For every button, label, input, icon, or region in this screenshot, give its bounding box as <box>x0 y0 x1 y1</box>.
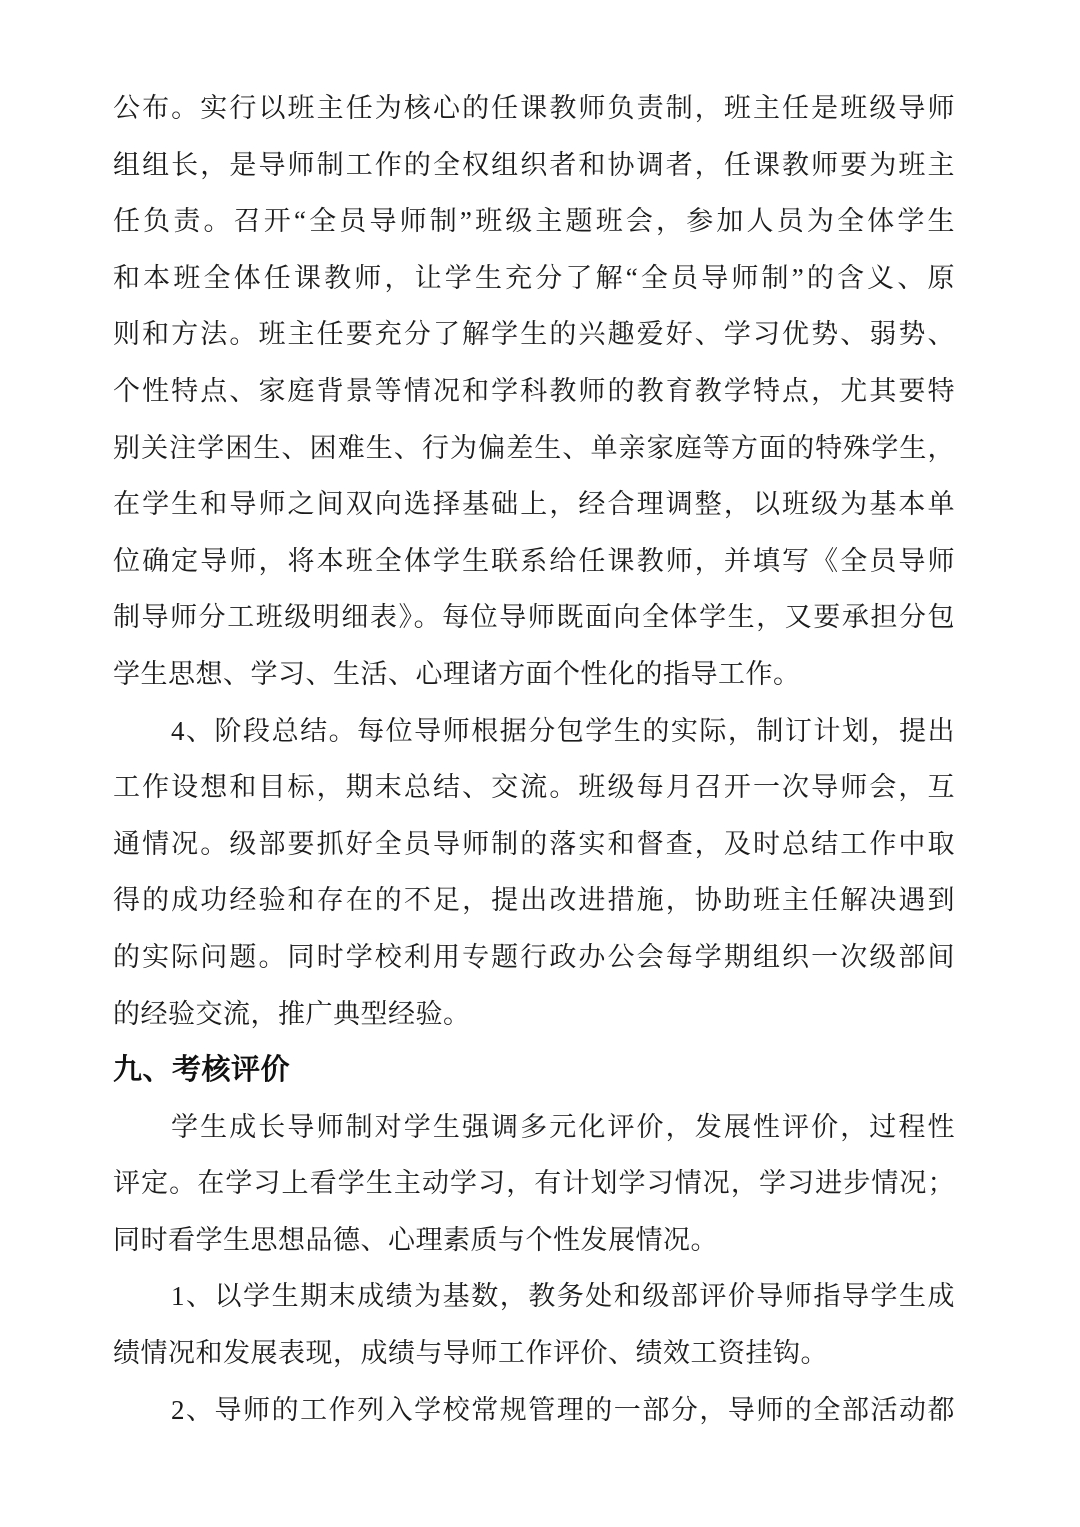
body-line: 得的成功经验和存在的不足，提出改进措施，协助班主任解决遇到 <box>113 872 955 929</box>
body-line: 学生成长导师制对学生强调多元化评价，发展性评价，过程性 <box>113 1099 955 1156</box>
body-line: 在学生和导师之间双向选择基础上，经合理调整，以班级为基本单 <box>113 476 955 533</box>
body-line: 的实际问题。同时学校利用专题行政办公会每学期组织一次级部间 <box>113 929 955 986</box>
body-line: 1、以学生期末成绩为基数，教务处和级部评价导师指导学生成 <box>113 1268 955 1325</box>
document-page: 公布。实行以班主任为核心的任课教师负责制，班主任是班级导师 组组长，是导师制工作… <box>0 0 1080 1527</box>
body-line: 通情况。级部要抓好全员导师制的落实和督查，及时总结工作中取 <box>113 816 955 873</box>
body-line: 和本班全体任课教师，让学生充分了解“全员导师制”的含义、原 <box>113 250 955 307</box>
body-line: 绩情况和发展表现，成绩与导师工作评价、绩效工资挂钩。 <box>113 1325 955 1382</box>
body-line: 工作设想和目标，期末总结、交流。班级每月召开一次导师会，互 <box>113 759 955 816</box>
body-line: 制导师分工班级明细表》。每位导师既面向全体学生，又要承担分包 <box>113 589 955 646</box>
body-line: 位确定导师，将本班全体学生联系给任课教师，并填写《全员导师 <box>113 533 955 590</box>
body-line: 公布。实行以班主任为核心的任课教师负责制，班主任是班级导师 <box>113 80 955 137</box>
body-line: 4、阶段总结。每位导师根据分包学生的实际，制订计划，提出 <box>113 703 955 760</box>
body-line: 组组长，是导师制工作的全权组织者和协调者，任课教师要为班主 <box>113 137 955 194</box>
body-line: 别关注学困生、困难生、行为偏差生、单亲家庭等方面的特殊学生， <box>113 420 955 477</box>
body-line: 同时看学生思想品德、心理素质与个性发展情况。 <box>113 1212 955 1269</box>
body-line: 的经验交流，推广典型经验。 <box>113 986 955 1043</box>
body-line: 评定。在学习上看学生主动学习，有计划学习情况，学习进步情况； <box>113 1155 955 1212</box>
section-heading: 九、考核评价 <box>113 1042 955 1099</box>
text-block: 公布。实行以班主任为核心的任课教师负责制，班主任是班级导师 组组长，是导师制工作… <box>113 80 955 1438</box>
body-line: 任负责。召开“全员导师制”班级主题班会，参加人员为全体学生 <box>113 193 955 250</box>
body-line: 学生思想、学习、生活、心理诸方面个性化的指导工作。 <box>113 646 955 703</box>
body-line: 个性特点、家庭背景等情况和学科教师的教育教学特点，尤其要特 <box>113 363 955 420</box>
body-line: 2、导师的工作列入学校常规管理的一部分，导师的全部活动都 <box>113 1382 955 1439</box>
body-line: 则和方法。班主任要充分了解学生的兴趣爱好、学习优势、弱势、 <box>113 306 955 363</box>
